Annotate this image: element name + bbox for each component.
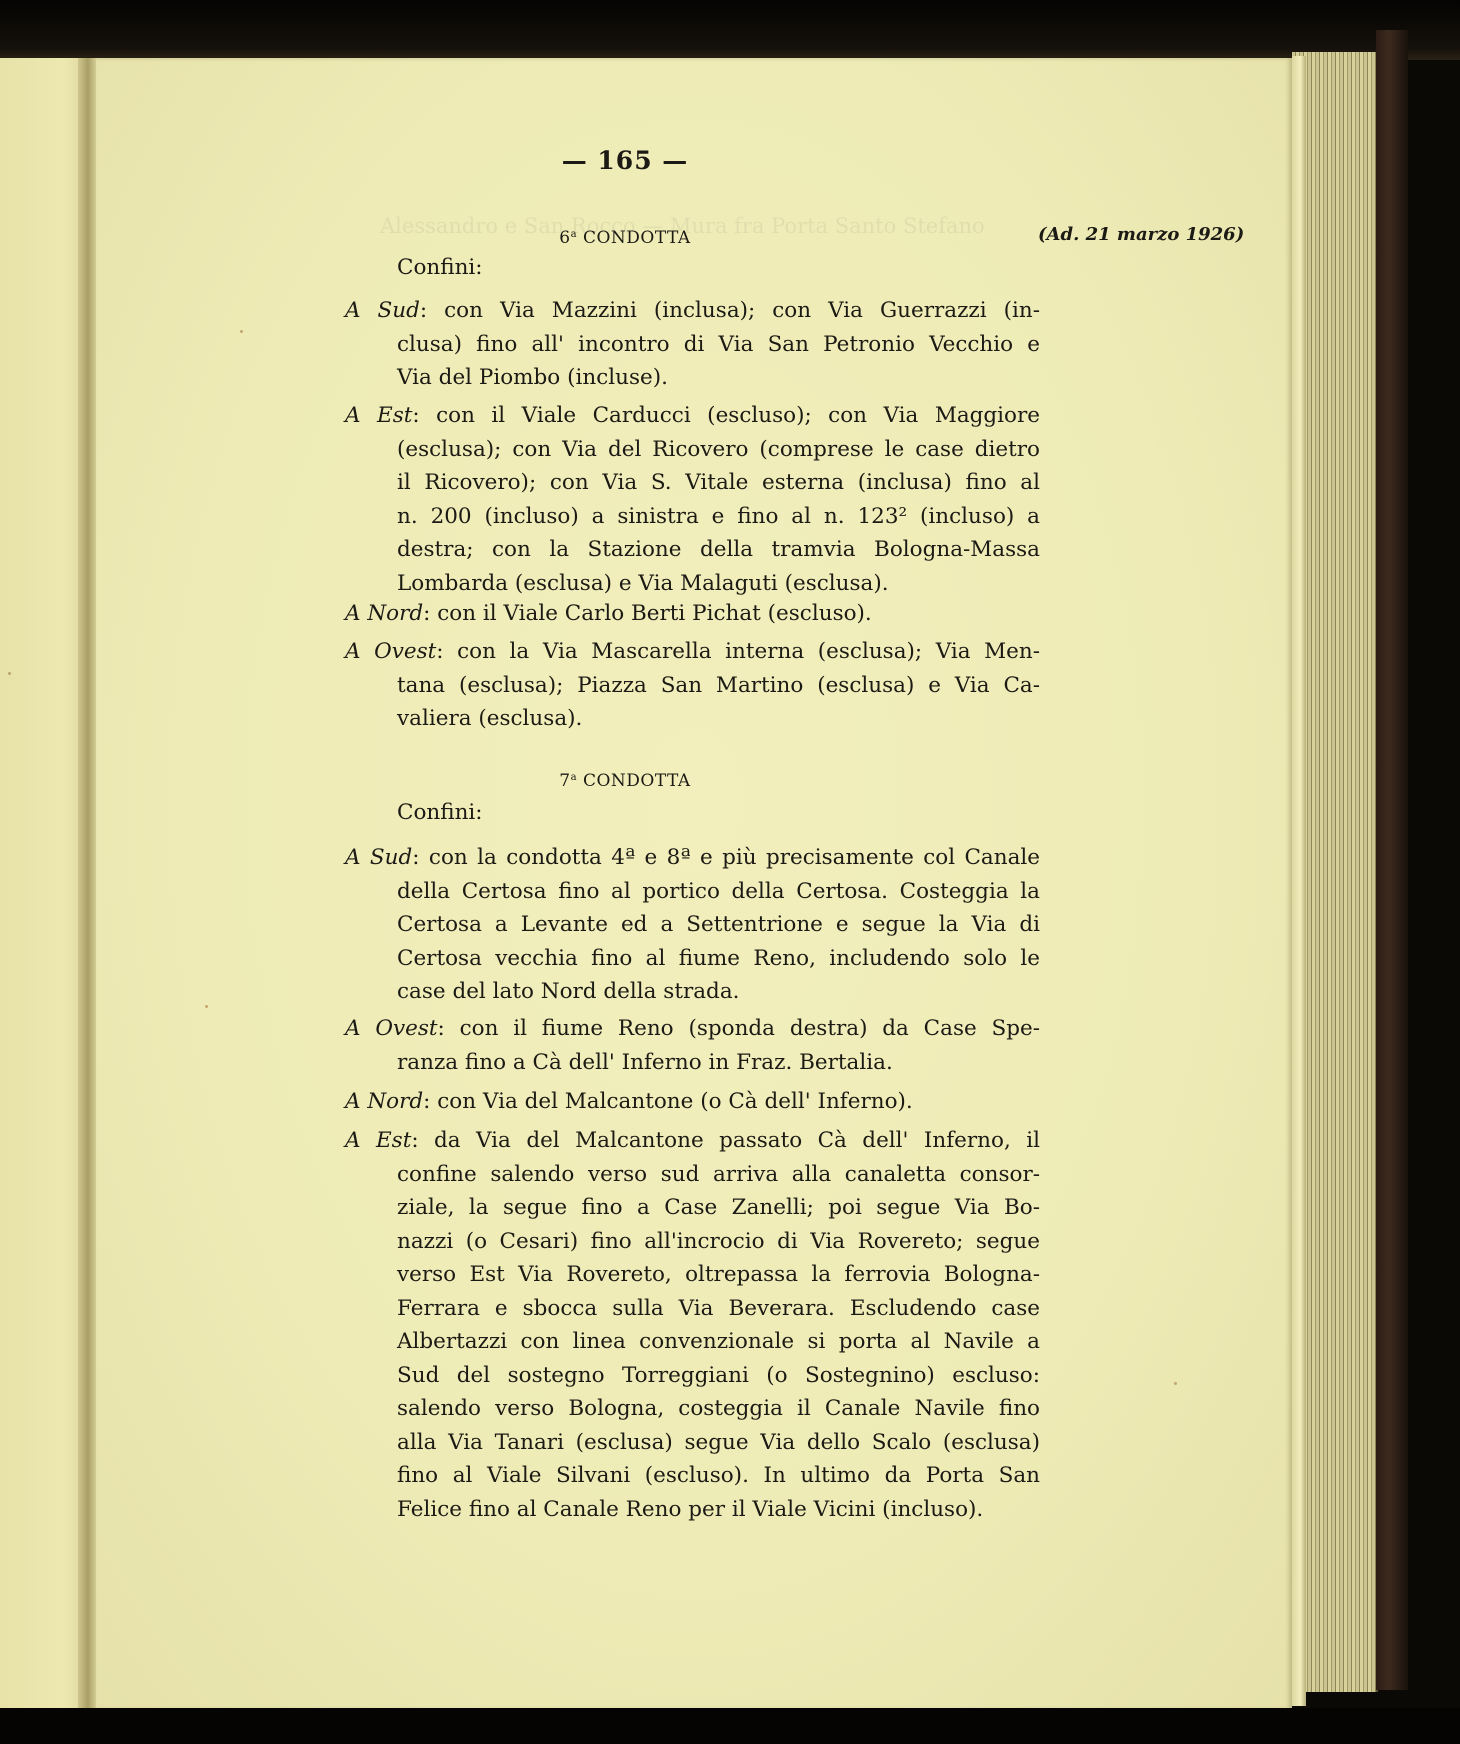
- text-line: : con Via del Malcantone (o Cà dell' Inf…: [423, 1089, 913, 1114]
- text-line: (esclusa); con Via del Ricovero (compres…: [397, 433, 1040, 467]
- boundary-paragraph-nord: A Nord: con il Viale Carlo Berti Pichat …: [345, 597, 1040, 631]
- text-line: Certosa vecchia fino al fiume Reno, incl…: [397, 942, 1040, 976]
- boundary-paragraph-sud: A Sud: con la condotta 4ª e 8ª e più pre…: [345, 841, 1040, 1009]
- section-number: 6: [559, 228, 570, 248]
- text-line: Certosa a Levante ed a Settentrione e se…: [397, 908, 1040, 942]
- direction-label: A Sud: [345, 845, 412, 870]
- confini-label: Confini:: [397, 800, 483, 825]
- text-line: Ferrara e sbocca sulla Via Beverara. Esc…: [397, 1292, 1040, 1326]
- boundary-paragraph-est: A Est: da Via del Malcantone passato Cà …: [345, 1124, 1040, 1526]
- text-line: alla Via Tanari (esclusa) segue Via dell…: [397, 1426, 1040, 1460]
- text-line: Sud del sostegno Torreggiani (o Sostegni…: [397, 1359, 1040, 1393]
- text-line: clusa) fino all' incontro di Via San Pet…: [397, 328, 1040, 362]
- foxing-spot: [1174, 1382, 1177, 1385]
- direction-label: A Ovest: [345, 639, 436, 664]
- text-line: : con la Via Mascarella interna (esclusa…: [436, 639, 1040, 664]
- text-line: destra; con la Stazione della tramvia Bo…: [397, 533, 1040, 567]
- foxing-spot: [240, 330, 243, 333]
- page-number: — 165 —: [560, 146, 690, 175]
- direction-label: A Ovest: [345, 1016, 438, 1041]
- section-number: 7: [559, 771, 570, 791]
- book-top-edge: [0, 0, 1460, 60]
- boundary-paragraph-sud: A Sud: con Via Mazzini (inclusa); con Vi…: [345, 294, 1040, 395]
- boundary-paragraph-ovest: A Ovest: con il fiume Reno (sponda destr…: [345, 1012, 1040, 1079]
- text-line: fino al Viale Silvani (escluso). In ulti…: [397, 1459, 1040, 1493]
- text-line: : con il Viale Carlo Berti Pichat (esclu…: [423, 601, 872, 626]
- page-edge: [1292, 56, 1306, 1706]
- direction-label: A Est: [345, 403, 412, 428]
- text-line: Via del Piombo (incluse).: [397, 361, 1040, 395]
- text-line: della Certosa fino al portico della Cert…: [397, 875, 1040, 909]
- text-line: : con la condotta 4ª e 8ª e più precisam…: [412, 845, 1040, 870]
- foxing-spot: [8, 672, 11, 675]
- direction-label: A Nord: [345, 601, 423, 626]
- text-line: Felice fino al Canale Reno per il Viale …: [397, 1493, 1040, 1527]
- text-line: Lombarda (esclusa) e Via Malaguti (esclu…: [397, 567, 1040, 601]
- confini-label: Confini:: [397, 255, 483, 280]
- text-line: ranza fino a Cà dell' Inferno in Fraz. B…: [397, 1046, 1040, 1080]
- text-line: il Ricovero); con Via S. Vitale esterna …: [397, 466, 1040, 500]
- date-annotation: (Ad. 21 marzo 1926): [1038, 224, 1244, 245]
- text-line: : da Via del Malcantone passato Cà dell'…: [411, 1128, 1040, 1153]
- section-title-7a-condotta: 7a CONDOTTA: [425, 771, 825, 791]
- text-line: nazzi (o Cesari) fino all'incrocio di Vi…: [397, 1225, 1040, 1259]
- direction-label: A Nord: [345, 1089, 423, 1114]
- text-line: n. 200 (incluso) a sinistra e fino al n.…: [397, 500, 1040, 534]
- text-line: ziale, la segue fino a Case Zanelli; poi…: [397, 1191, 1040, 1225]
- text-line: tana (esclusa); Piazza San Martino (escl…: [397, 669, 1040, 703]
- text-line: salendo verso Bologna, costeggia il Cana…: [397, 1392, 1040, 1426]
- text-line: case del lato Nord della strada.: [397, 975, 1040, 1009]
- text-line: confine salendo verso sud arriva alla ca…: [397, 1158, 1040, 1192]
- boundary-paragraph-est: A Est: con il Viale Carducci (escluso); …: [345, 399, 1040, 600]
- foxing-spot: [205, 1005, 208, 1008]
- direction-label: A Est: [345, 1128, 411, 1153]
- text-line: : con il Viale Carducci (escluso); con V…: [412, 403, 1040, 428]
- text-line: verso Est Via Rovereto, oltrepassa la fe…: [397, 1258, 1040, 1292]
- boundary-paragraph-nord: A Nord: con Via del Malcantone (o Cà del…: [345, 1085, 1040, 1119]
- section-title-6a-condotta: 6a CONDOTTA: [425, 228, 825, 248]
- text-line: : con Via Mazzini (inclusa); con Via Gue…: [420, 298, 1040, 323]
- book-bottom-edge: [0, 1708, 1460, 1744]
- section-title-text: CONDOTTA: [577, 771, 691, 791]
- text-line: valiera (esclusa).: [397, 702, 1040, 736]
- text-line: : con il fiume Reno (sponda destra) da C…: [438, 1016, 1040, 1041]
- text-line: Albertazzi con linea convenzionale si po…: [397, 1325, 1040, 1359]
- section-title-text: CONDOTTA: [577, 228, 691, 248]
- direction-label: A Sud: [345, 298, 420, 323]
- book-cover-edge: [1376, 30, 1408, 1690]
- boundary-paragraph-ovest: A Ovest: con la Via Mascarella interna (…: [345, 635, 1040, 736]
